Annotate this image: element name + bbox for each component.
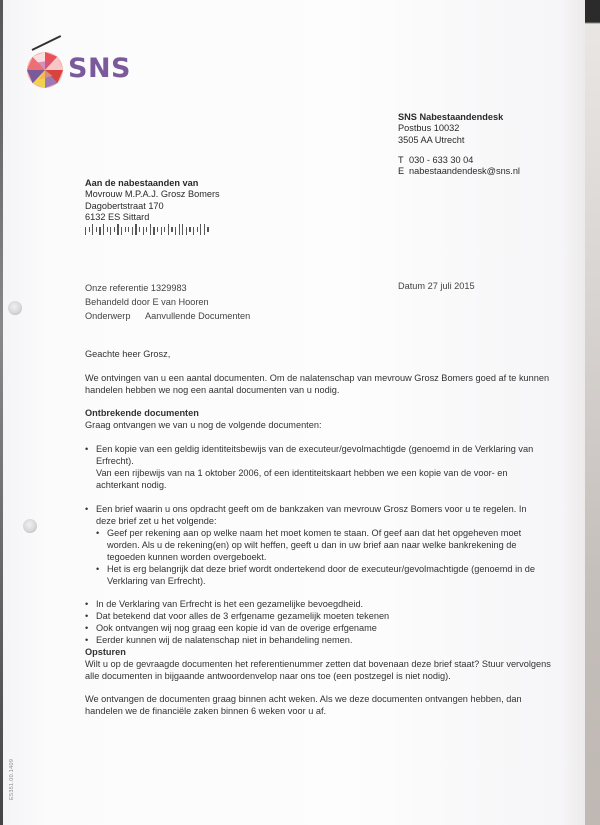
punch-hole <box>23 519 37 533</box>
list-item: Dat betekend dat voor alles de 3 erfgena… <box>85 610 555 622</box>
date-row: Datum 27 juli 2015 <box>398 281 475 292</box>
sender-address-line: Postbus 10032 <box>398 123 503 134</box>
barcode-bar <box>175 227 176 235</box>
sender-email-row: Enabestaandendesk@sns.nl <box>398 166 520 177</box>
extra-list: In de Verklaring van Erfrecht is het een… <box>85 598 555 682</box>
email-label: E <box>398 166 409 177</box>
barcode-bar <box>186 227 187 235</box>
barcode-bar <box>99 227 100 235</box>
subject-label: Onderwerp <box>85 309 143 323</box>
document-list-2: Een brief waarin u ons opdracht geeft om… <box>85 503 547 587</box>
logo-text: SNS <box>68 53 131 84</box>
barcode-bar <box>171 227 172 232</box>
sender-phone-row: T030 - 633 30 04 <box>398 155 520 166</box>
reference-row: Onze referentie 1329983 <box>85 281 250 295</box>
barcode-bar <box>121 227 122 235</box>
barcode-bar <box>204 224 205 235</box>
barcode-bar <box>207 227 208 232</box>
handled-by-label: Behandeld door <box>85 295 150 309</box>
sender-email[interactable]: nabestaandendesk@sns.nl <box>409 166 520 176</box>
addressee-block: Aan de nabestaanden van Movrouw M.P.A.J.… <box>85 178 220 223</box>
item1-note: Van een rijbewijs van na 1 oktober 2006,… <box>96 467 547 491</box>
letter-meta: Onze referentie 1329983 Behandeld door E… <box>85 281 250 324</box>
sender-block: SNS Nabestaandendesk Postbus 10032 3505 … <box>398 112 503 146</box>
handled-by-row: Behandeld door E van Hooren <box>85 295 250 309</box>
item1-text: Een kopie van een geldig identiteitsbewi… <box>96 443 547 467</box>
reference-value: 1329983 <box>151 283 187 293</box>
sns-logo: SNS <box>26 33 146 83</box>
subject-value: Aanvullende Documenten <box>145 311 250 321</box>
subject-row: Onderwerp Aanvullende Documenten <box>85 309 250 323</box>
list-item: Een brief waarin u ons opdracht geeft om… <box>85 503 547 587</box>
sub-list-item: Het is erg belangrijk dat deze brief wor… <box>96 563 547 587</box>
barcode-bar <box>168 224 169 235</box>
barcode-bar <box>132 227 133 235</box>
sender-phone: 030 - 633 30 04 <box>409 155 473 165</box>
date-label: Datum <box>398 281 425 291</box>
barcode-bar <box>193 227 194 235</box>
list-item: Een kopie van een geldig identiteitsbewi… <box>85 443 547 491</box>
barcode-bar <box>161 227 162 235</box>
reference-label: Onze referentie <box>85 281 148 295</box>
punch-hole <box>8 301 22 315</box>
barcode-bar <box>85 227 86 235</box>
barcode-bar <box>150 224 151 235</box>
sns-diamond-icon <box>26 51 64 89</box>
barcode-bar <box>182 224 183 235</box>
sender-contact: T030 - 633 30 04 Enabestaandendesk@sns.n… <box>398 155 520 178</box>
side-code: E5351.00.1409 <box>9 759 15 800</box>
addressee-line: 6132 ES Sittard <box>85 212 220 223</box>
sender-name: SNS Nabestaandendesk <box>398 112 503 123</box>
barcode-bar <box>103 224 104 235</box>
barcode-bar <box>110 227 111 235</box>
list-item: Eerder kunnen wij de nalatenschap niet i… <box>85 634 555 646</box>
phone-label: T <box>398 155 409 166</box>
barcode-bar <box>164 227 165 232</box>
barcode-bar <box>92 224 93 235</box>
barcode-bar <box>157 227 158 232</box>
sender-address-line: 3505 AA Utrecht <box>398 135 503 146</box>
scan-right-edge <box>585 0 600 825</box>
addressee-line: Dagobertstraat 170 <box>85 201 220 212</box>
missing-heading: Ontbrekende documenten <box>85 407 555 419</box>
scan-left-edge <box>0 0 3 825</box>
addressee-line: Movrouw M.P.A.J. Grosz Bomers <box>85 189 220 200</box>
salutation: Geachte heer Grosz, <box>85 348 555 360</box>
send-text: Wilt u op de gevraagde documenten het re… <box>85 658 555 682</box>
barcode-bar <box>143 227 144 235</box>
logo-stroke <box>32 35 62 51</box>
barcode-bar <box>197 227 198 232</box>
handled-by-value: E van Hooren <box>152 297 208 307</box>
barcode-bar <box>153 227 154 235</box>
sub-list-item: Geef per rekening aan op welke naam het … <box>96 527 547 563</box>
missing-intro: Graag ontvangen we van u nog de volgende… <box>85 419 555 431</box>
barcode-bar <box>139 227 140 232</box>
barcode-bar <box>89 227 90 232</box>
barcode-bar <box>146 227 147 232</box>
barcode-bar <box>200 224 201 235</box>
addressee-heading: Aan de nabestaanden van <box>85 178 220 189</box>
barcode-bar <box>96 227 97 232</box>
barcode-bar <box>114 227 115 232</box>
intro-paragraph: We ontvingen van u een aantal documenten… <box>85 372 555 396</box>
item2-text: Een brief waarin u ons opdracht geeft om… <box>96 503 547 527</box>
barcode-bar <box>117 224 118 235</box>
barcode-bar <box>135 224 136 235</box>
barcode-bar <box>107 227 108 232</box>
barcode-bar <box>179 224 180 235</box>
postal-barcode <box>85 224 215 235</box>
closing-paragraph: We ontvangen de documenten graag binnen … <box>85 693 555 717</box>
document-list: Een kopie van een geldig identiteitsbewi… <box>85 443 547 491</box>
list-item: Ook ontvangen wij nog graag een kopie id… <box>85 622 555 634</box>
barcode-bar <box>125 227 126 232</box>
barcode-bar <box>128 227 129 232</box>
barcode-bar <box>189 227 190 232</box>
missing-section: Ontbrekende documenten Graag ontvangen w… <box>85 407 555 431</box>
list-item: In de Verklaring van Erfrecht is het een… <box>85 598 555 610</box>
send-heading: Opsturen <box>85 646 555 658</box>
date-value: 27 juli 2015 <box>428 281 475 291</box>
